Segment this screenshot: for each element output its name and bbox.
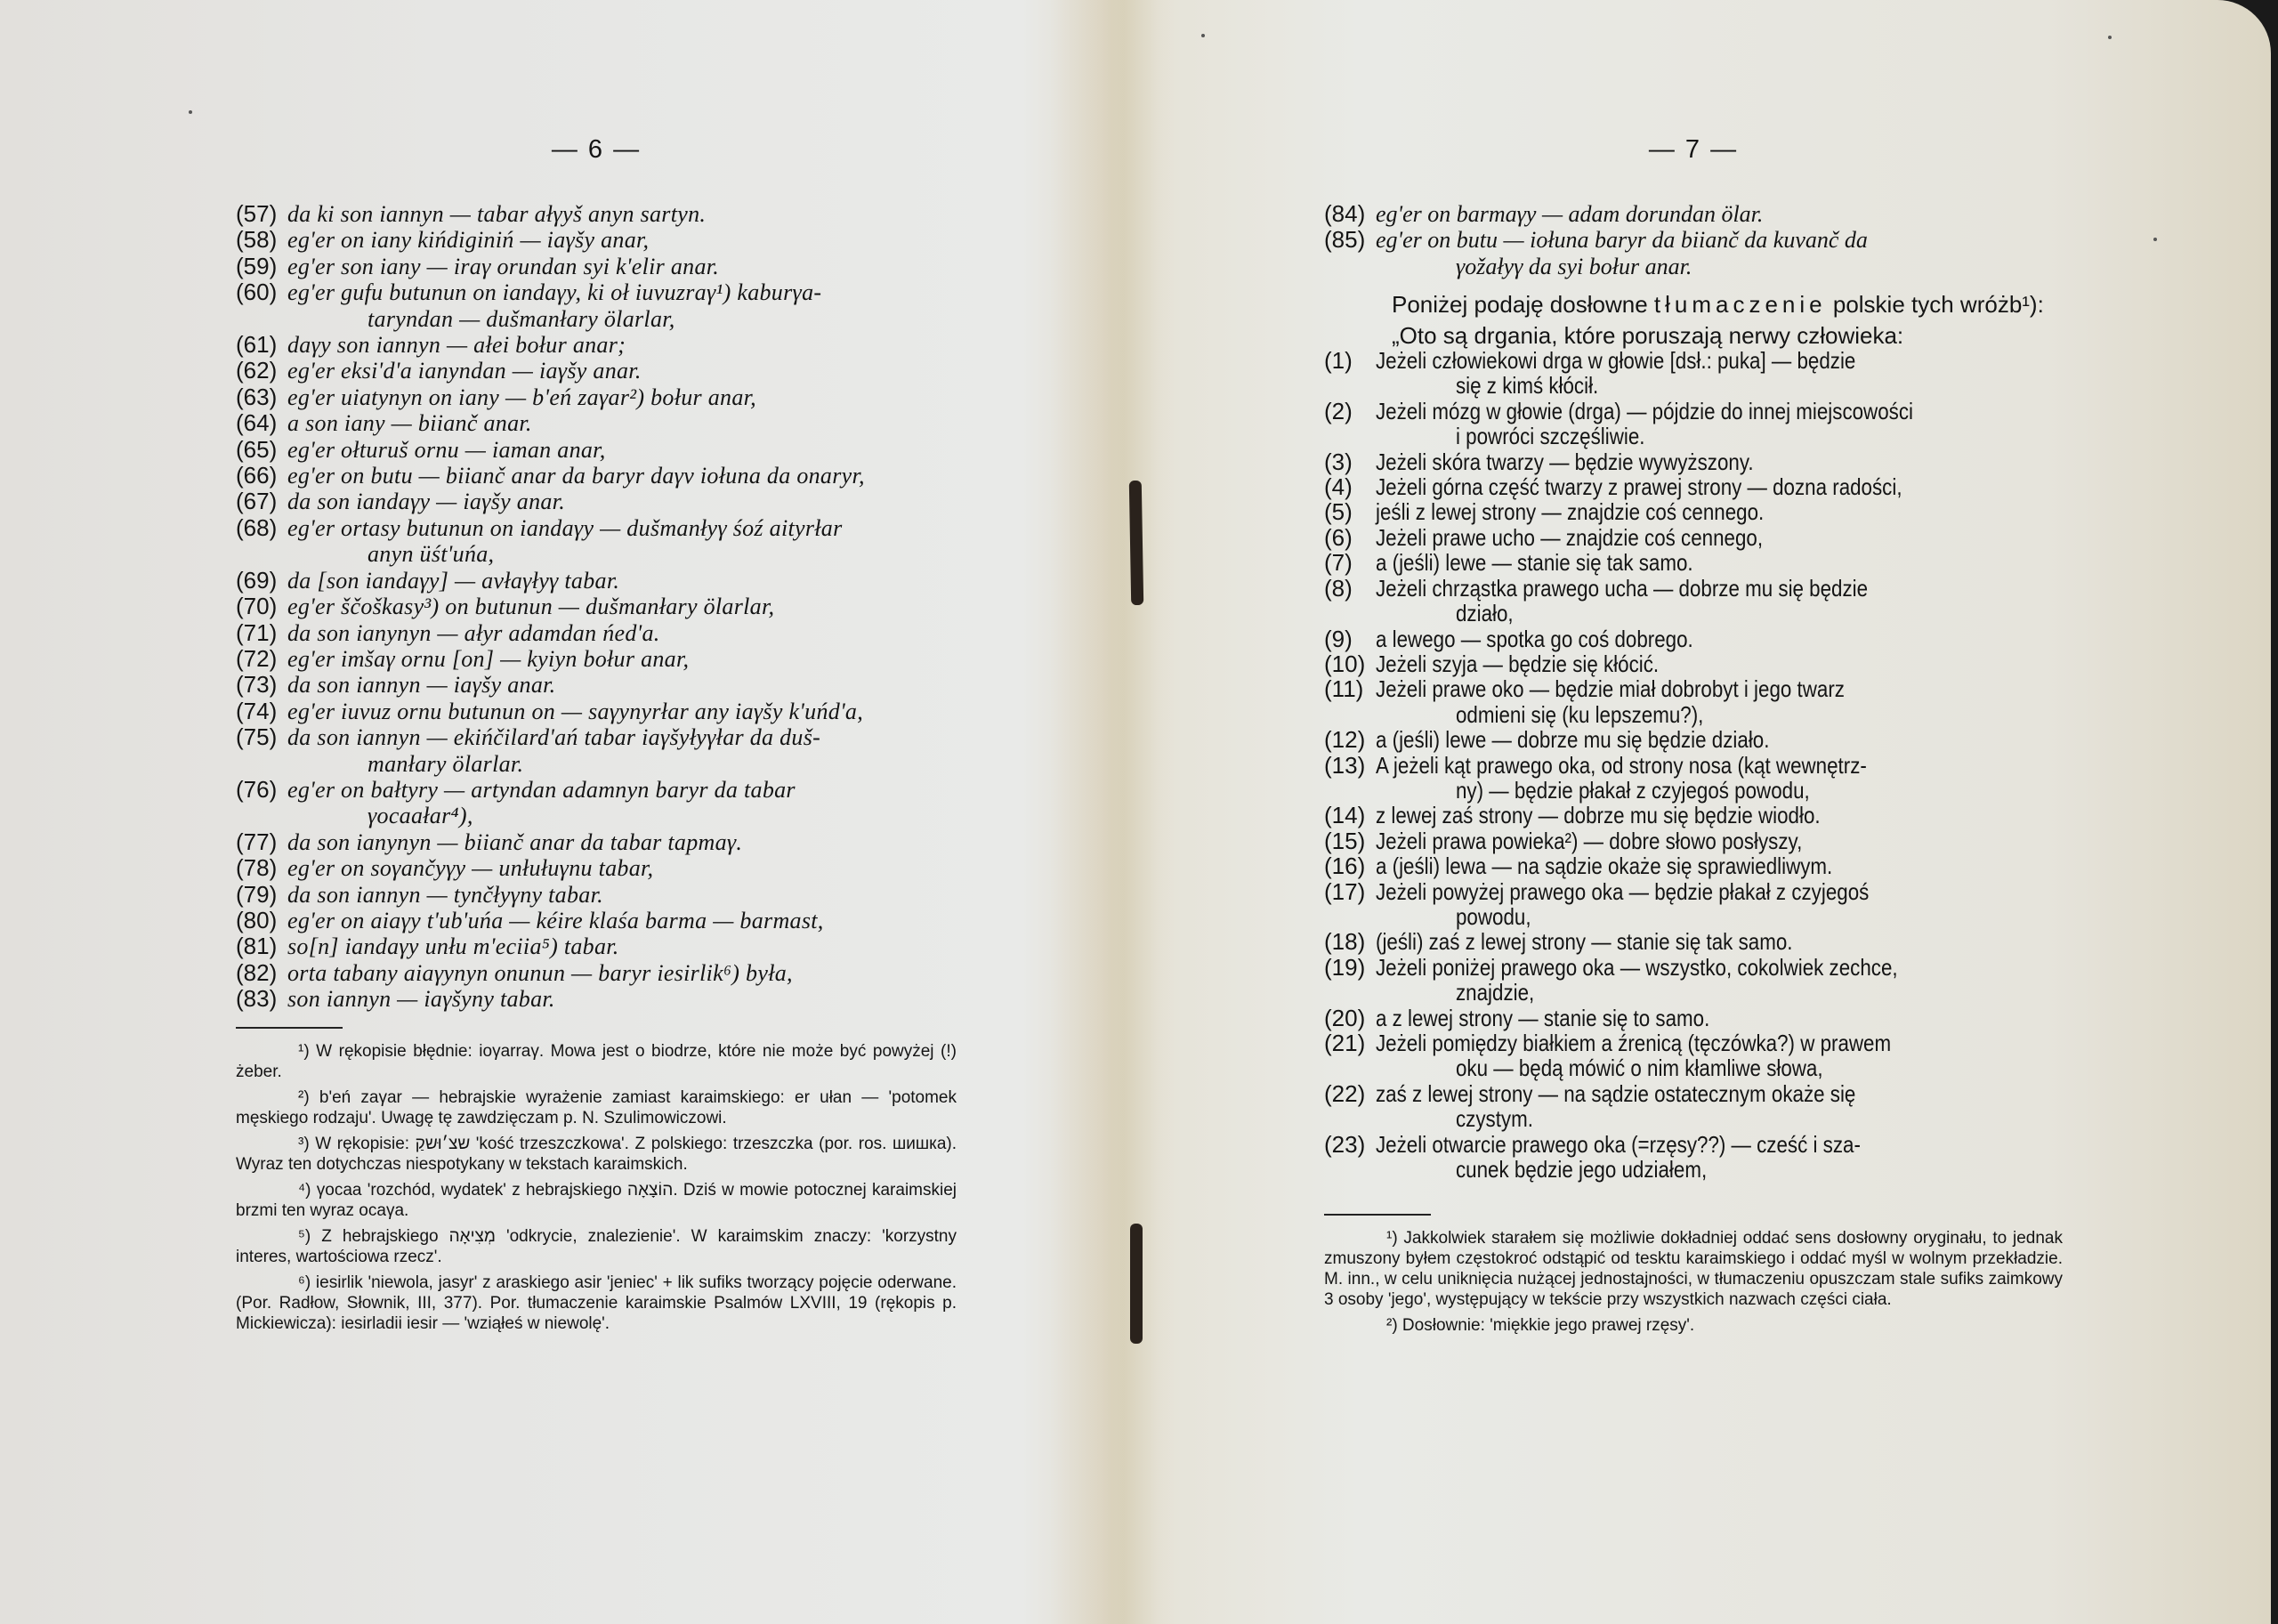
footnotes: ¹) Jakkolwiek starałem się możliwie dokł… xyxy=(1324,1228,2063,1336)
text-line-continuation: taryndan — dušmanłary ölarlar, xyxy=(236,306,957,332)
page-number: — 6 — xyxy=(236,135,957,165)
text-line: (71)da son ianynyn — ałyr adamdan ńed'a. xyxy=(236,620,957,646)
footnote: ¹) W rękopisie błędnie: ioγarraγ. Mowa j… xyxy=(236,1041,957,1082)
text-line: (19)Jeżeli poniżej prawego oka — wszystk… xyxy=(1324,955,2063,980)
translation-text: (84)eg'er on barmaγy — adam dorundan öla… xyxy=(1324,201,2063,1341)
staple-bottom xyxy=(1130,1224,1143,1344)
text-line: (76)eg'er on bałtyry — artyndan adamnyn … xyxy=(236,777,957,803)
page-number: — 7 — xyxy=(1324,135,2063,165)
text-line: (70)eg'er ščoškasy³) on butunun — dušman… xyxy=(236,594,957,619)
text-line-continuation: powodu, xyxy=(1324,904,2063,929)
text-line: (15)Jeżeli prawa powieka²) — dobre słowo… xyxy=(1324,828,2063,853)
text-line: (8)Jeżeli chrząstka prawego ucha — dobrz… xyxy=(1324,576,2063,601)
text-line: (5)jeśli z lewej strony — znajdzie coś c… xyxy=(1324,499,2063,524)
text-line: (23)Jeżeli otwarcie prawego oka (=rzęsy?… xyxy=(1324,1132,2063,1157)
text-line: (9)a lewego — spotka go coś dobrego. xyxy=(1324,626,2063,651)
text-line-continuation: cunek będzie jego udziałem, xyxy=(1324,1157,2063,1182)
translation-intro: Poniżej podaję dosłowne tłumaczenie pols… xyxy=(1324,292,2063,348)
text-line-continuation: znajdzie, xyxy=(1324,980,2063,1005)
text-line: (1)Jeżeli człowiekowi drga w głowie [dsł… xyxy=(1324,348,2063,373)
text-line-continuation: odmieni się (ku lepszemu?), xyxy=(1324,702,2063,727)
text-line: (85)eg'er on butu — iołuna baryr da biia… xyxy=(1324,227,2063,253)
text-line: (59)eg'er son iany — iraγ orundan syi k'… xyxy=(236,254,957,279)
text-line: (20)a z lewej strony — stanie się to sam… xyxy=(1324,1006,2063,1030)
footnote: ¹) Jakkolwiek starałem się możliwie dokł… xyxy=(1324,1228,2063,1310)
text-line: (66)eg'er on butu — biianč anar da baryr… xyxy=(236,463,957,489)
text-line: (82)orta tabany aiaγynyn onunun — baryr … xyxy=(236,960,957,986)
text-line: (79)da son iannyn — tynčłyγny tabar. xyxy=(236,882,957,908)
text-line-continuation: oku — będą mówić o nim kłamliwe słowa, xyxy=(1324,1055,2063,1080)
footnote-separator xyxy=(1324,1214,1431,1216)
text-line-continuation: działo, xyxy=(1324,601,2063,626)
text-line: (62)eg'er eksi'd'a ianyndan — iaγšy anar… xyxy=(236,358,957,384)
text-line: (73)da son iannyn — iaγšy anar. xyxy=(236,672,957,698)
karaim-text: (57)da ki son iannyn — tabar ałγyš anyn … xyxy=(236,201,957,1339)
text-line: (67)da son iandaγy — iaγšy anar. xyxy=(236,489,957,514)
text-line: (11)Jeżeli prawe oko — będzie miał dobro… xyxy=(1324,676,2063,701)
text-line: (7)a (jeśli) lewe — stanie się tak samo. xyxy=(1324,550,2063,575)
text-line-continuation: anyn üśt'uńa, xyxy=(236,541,957,567)
text-line: (3)Jeżeli skóra twarzy — będzie wywyższo… xyxy=(1324,449,2063,474)
text-line: (58)eg'er on iany kińdiginiń — iaγšy ana… xyxy=(236,227,957,253)
footnote-separator xyxy=(236,1027,343,1029)
text-line: (69)da [son iandaγy] — avłaγłyγ tabar. xyxy=(236,568,957,594)
footnote: ⁴) γocaa 'rozchód, wydatek' z hebrajskie… xyxy=(236,1180,957,1221)
text-line: (83)son iannyn — iaγšyny tabar. xyxy=(236,986,957,1012)
text-line: (4)Jeżeli górna część twarzy z prawej st… xyxy=(1324,474,2063,499)
text-line: (80)eg'er on aiaγy t'ub'uńa — kéire klaś… xyxy=(236,908,957,933)
text-line-continuation: ny) — będzie płakał z czyjegoś powodu, xyxy=(1324,778,2063,803)
text-line-continuation: γocaałar⁴), xyxy=(236,803,957,828)
text-line: (6)Jeżeli prawe ucho — znajdzie coś cenn… xyxy=(1324,525,2063,550)
gutter-fold xyxy=(1050,0,1175,1624)
text-line: (60)eg'er gufu butunun on iandaγy, ki oł… xyxy=(236,279,957,305)
text-line: (78)eg'er on soγančyγy — unłułuγnu tabar… xyxy=(236,855,957,881)
text-line-continuation: manłary ölarlar. xyxy=(236,751,957,777)
text-line: (21)Jeżeli pomiędzy białkiem a źrenicą (… xyxy=(1324,1030,2063,1055)
text-line: (65)eg'er ołturuš ornu — iaman anar, xyxy=(236,437,957,463)
text-line: (16)a (jeśli) lewa — na sądzie okaże się… xyxy=(1324,853,2063,878)
text-line-continuation: się z kimś kłócił. xyxy=(1324,373,2063,398)
footnote: ²) Dosłownie: 'miękkie jego prawej rzęsy… xyxy=(1324,1315,2063,1336)
text-line: (17)Jeżeli powyżej prawego oka — będzie … xyxy=(1324,879,2063,904)
text-line: (81)so[n] iandaγy unłu m'eciia⁵) tabar. xyxy=(236,933,957,959)
text-line: (12)a (jeśli) lewe — dobrze mu się będzi… xyxy=(1324,727,2063,752)
text-line: (72)eg'er imšaγ ornu [on] — kyiyn bołur … xyxy=(236,646,957,672)
text-line: (64)a son iany — biianč anar. xyxy=(236,410,957,436)
text-line: (14)z lewej zaś strony — dobrze mu się b… xyxy=(1324,803,2063,828)
text-line: (18)(jeśli) zaś z lewej strony — stanie … xyxy=(1324,929,2063,954)
text-line: (74)eg'er iuvuz ornu butunun on — saγyny… xyxy=(236,699,957,724)
book-spread: — 6 — (57)da ki son iannyn — tabar ałγyš… xyxy=(0,0,2271,1624)
text-line: (10)Jeżeli szyja — będzie się kłócić. xyxy=(1324,651,2063,676)
text-line: (61)daγy son iannyn — ałei bołur anar; xyxy=(236,332,957,358)
text-line: (77)da son ianynyn — biianč anar da taba… xyxy=(236,829,957,855)
text-line: (75)da son iannyn — ekińčilard'ań tabar … xyxy=(236,724,957,750)
footnote: ⁶) iesirlik 'niewola, jasyr' z araskiego… xyxy=(236,1273,957,1334)
text-line: (68)eg'er ortasy butunun on iandaγy — du… xyxy=(236,515,957,541)
footnote: ⁵) Z hebrajskiego מְצִיאָה 'odkrycie, zn… xyxy=(236,1226,957,1267)
text-line-continuation: γožałyγ da syi bołur anar. xyxy=(1324,254,2063,279)
text-line: (2)Jeżeli mózg w głowie (drga) — pójdzie… xyxy=(1324,399,2063,424)
text-line: (22)zaś z lewej strony — na sądzie ostat… xyxy=(1324,1081,2063,1106)
text-line: (84)eg'er on barmaγy — adam dorundan öla… xyxy=(1324,201,2063,227)
staple-top xyxy=(1129,481,1143,605)
text-line-continuation: i powróci szczęśliwie. xyxy=(1324,424,2063,448)
footnote: ²) b'eń zaγar — hebrajskie wyrażenie zam… xyxy=(236,1087,957,1128)
text-line-continuation: czystym. xyxy=(1324,1106,2063,1131)
footnotes: ¹) W rękopisie błędnie: ioγarraγ. Mowa j… xyxy=(236,1041,957,1334)
text-line: (13)A jeżeli kąt prawego oka, od strony … xyxy=(1324,753,2063,778)
text-line: (57)da ki son iannyn — tabar ałγyš anyn … xyxy=(236,201,957,227)
text-line: (63)eg'er uiatynyn on iany — b'eń zaγar²… xyxy=(236,384,957,410)
footnote: ³) W rękopisie: שצ׳וּשקַ 'kość trzeszczk… xyxy=(236,1134,957,1175)
